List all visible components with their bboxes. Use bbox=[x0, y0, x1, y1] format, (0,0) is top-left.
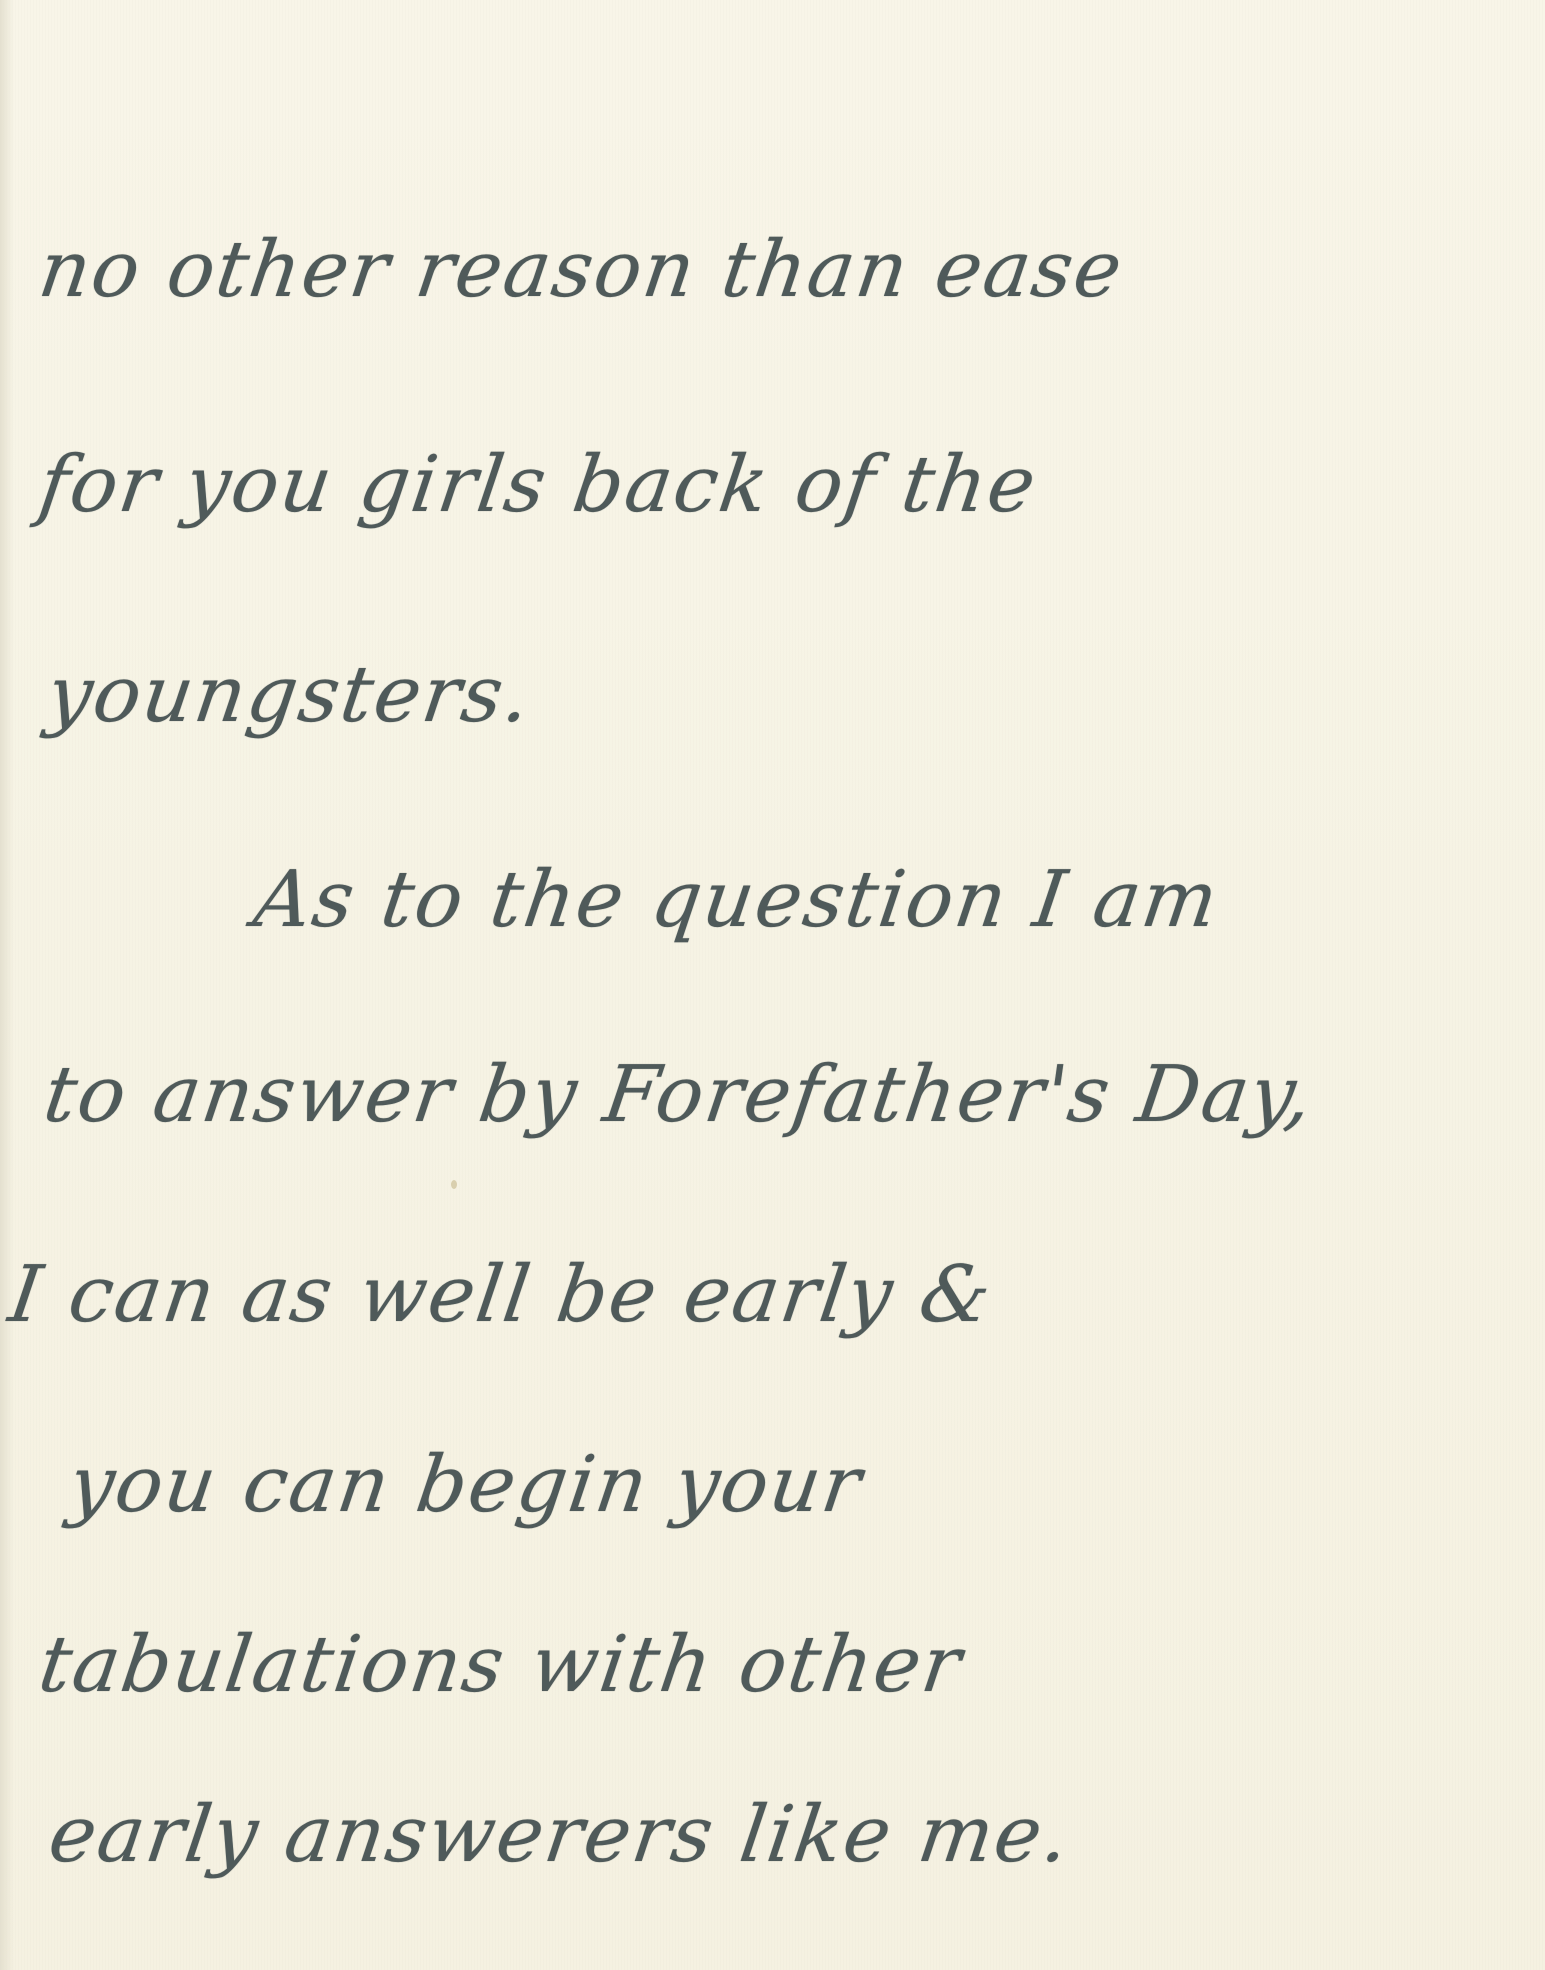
paper-stain bbox=[451, 1180, 457, 1189]
handwritten-line-4: As to the question I am bbox=[249, 855, 1225, 945]
letter-page: no other reason than ease for you girls … bbox=[0, 0, 1545, 1970]
handwritten-line-2: for you girls back of the bbox=[34, 440, 1043, 530]
handwritten-line-5: to answer by Forefather's Day, bbox=[39, 1050, 1320, 1140]
handwritten-line-8: tabulations with other bbox=[34, 1620, 968, 1710]
paper-edge bbox=[0, 0, 14, 1970]
handwritten-line-9: early answerers like me. bbox=[44, 1790, 1077, 1880]
handwritten-line-6: I can as well be early & bbox=[4, 1250, 998, 1340]
handwritten-line-7: you can begin your bbox=[64, 1440, 868, 1530]
handwritten-line-3: youngsters. bbox=[42, 650, 538, 740]
handwritten-line-1: no other reason than ease bbox=[34, 225, 1129, 315]
